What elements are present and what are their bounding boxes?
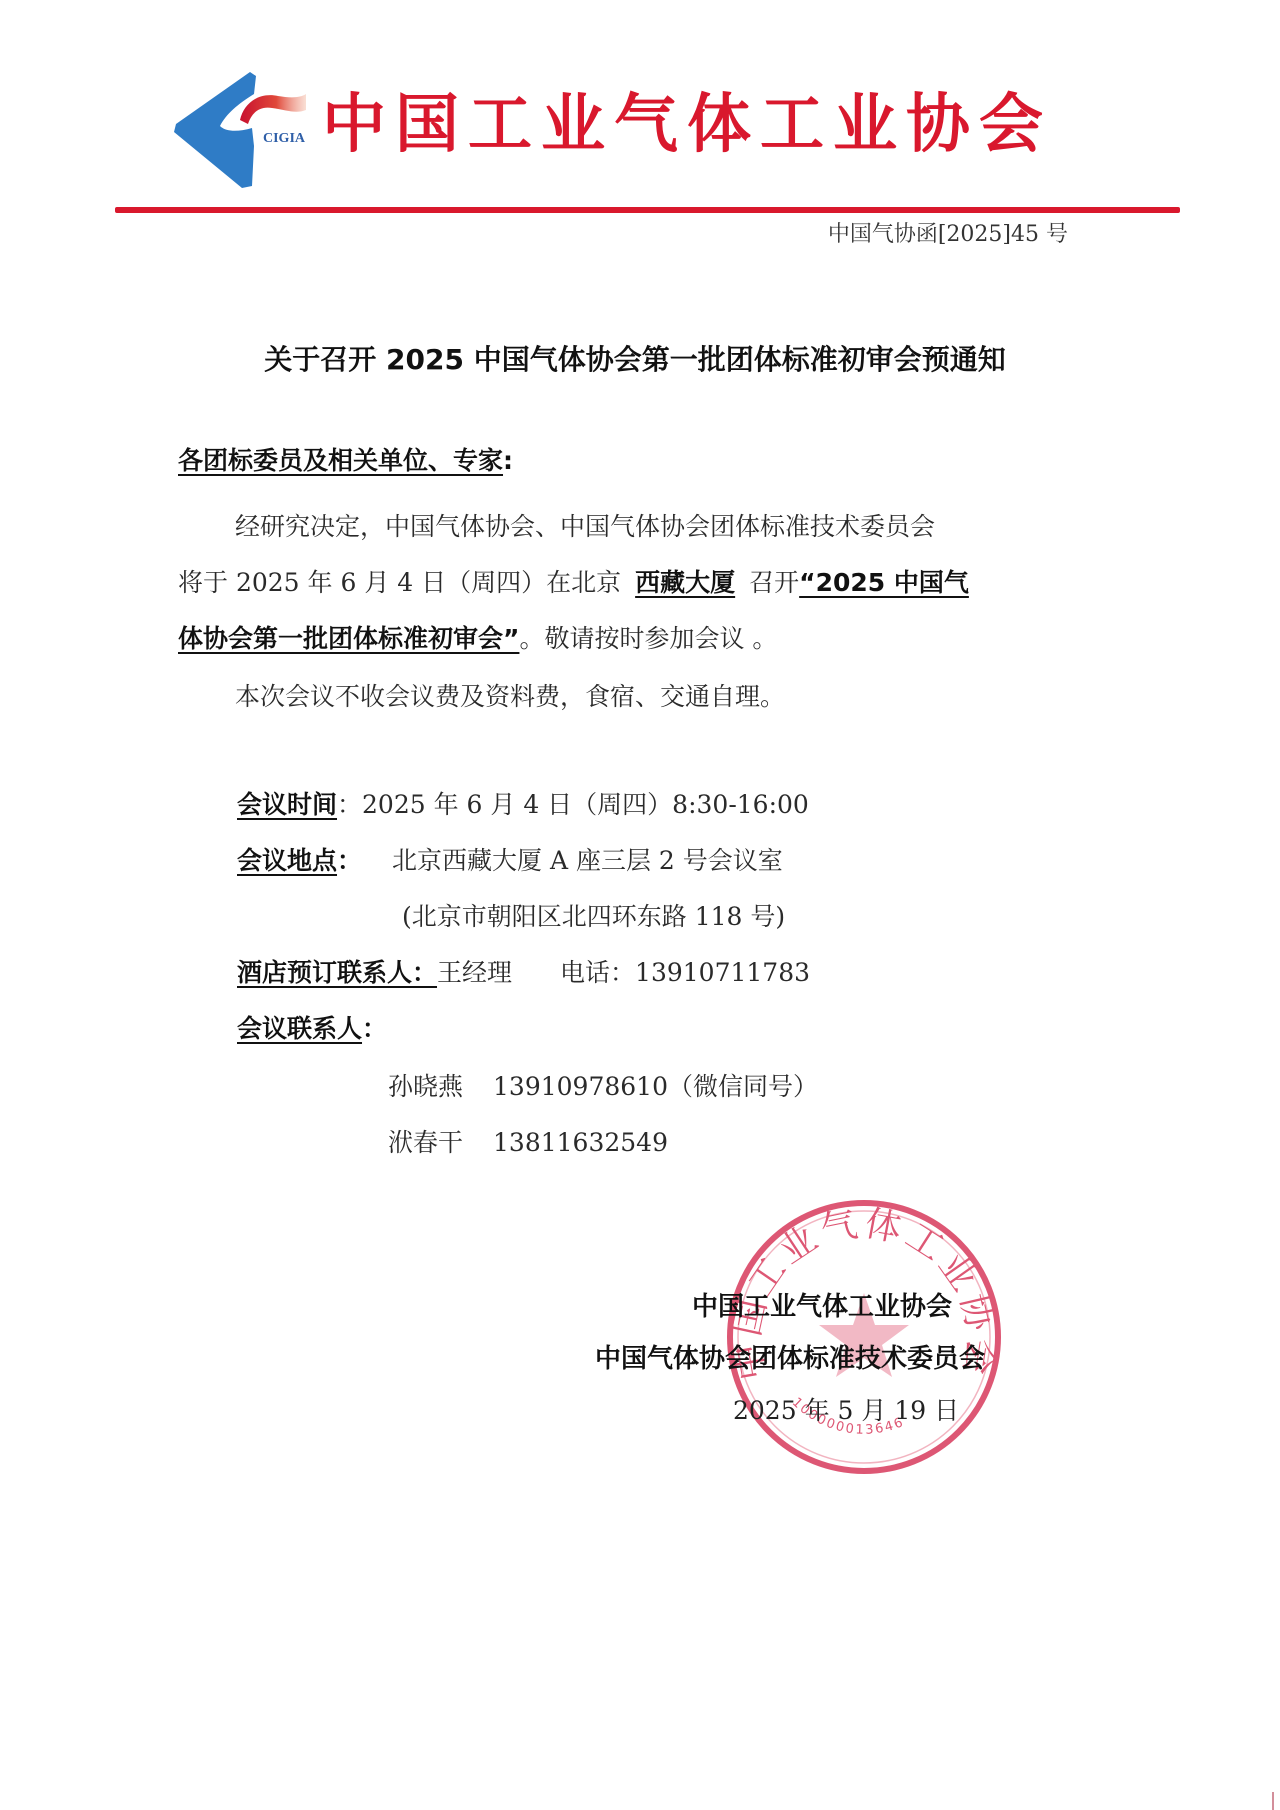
body-paragraph-1-line-2: 将于 2025 年 6 月 4 日（周四）在北京西藏大厦召开“2025 中国气	[178, 563, 969, 603]
org-name-header: 中国工业气体工业协会	[322, 80, 1052, 170]
meeting-place-label: 会议地点	[237, 846, 337, 875]
logo-text: CIGIA	[263, 131, 306, 146]
signature-org-1: 中国工业气体工业协会	[692, 1287, 952, 1327]
meeting-place: 会议地点：北京西藏大厦 A 座三层 2 号会议室	[237, 841, 783, 881]
hotel-phone-label: 电话：	[560, 958, 635, 987]
contact-phone: 13811632549	[493, 1128, 668, 1157]
page-title: 关于召开 2025 中国气体协会第一批团体标准初审会预通知	[0, 338, 1260, 382]
greeting: 各团标委员及相关单位、专家:	[178, 441, 513, 481]
meeting-address: (北京市朝阳区北四环东路 118 号)	[402, 897, 785, 937]
hotel-contact: 酒店预订联系人：王经理电话：13910711783	[237, 953, 810, 993]
body-paragraph-2: 本次会议不收会议费及资料费，食宿、交通自理。	[235, 677, 785, 717]
header-divider	[115, 207, 1180, 213]
contact-note: （微信同号）	[668, 1072, 818, 1101]
meeting-place-colon: ：	[337, 846, 362, 875]
contact-name: 孙晓燕	[388, 1072, 463, 1101]
greeting-text: 各团标委员及相关单位、专家	[178, 446, 503, 475]
meeting-place-value: 北京西藏大厦 A 座三层 2 号会议室	[392, 846, 783, 875]
signature-org-2: 中国气体协会团体标准技术委员会	[595, 1339, 985, 1379]
document-number: 中国气协函[2025]45 号	[828, 220, 1068, 250]
contact-name: 洑春干	[388, 1128, 463, 1157]
official-seal-icon: 中国工业气体工业协会 100000013646	[722, 1195, 1006, 1479]
signature-date: 2025 年 5 月 19 日	[733, 1391, 959, 1431]
attendance-request: 。敬请按时参加会议 。	[519, 624, 777, 653]
greeting-colon: :	[503, 446, 513, 475]
meeting-contacts-heading: 会议联系人：	[237, 1009, 387, 1049]
body-paragraph-1-line-1: 经研究决定，中国气体协会、中国气体协会团体标准技术委员会	[235, 507, 935, 547]
meeting-name-part-1: “2025 中国气	[799, 568, 969, 597]
meeting-time: 会议时间：2025 年 6 月 4 日（周四）8:30-16:00	[237, 785, 809, 825]
meeting-name-part-2: 体协会第一批团体标准初审会”	[178, 624, 519, 653]
meeting-contacts-colon: ：	[362, 1014, 387, 1043]
contact-phone: 13910978610	[493, 1072, 668, 1101]
hotel-phone: 13910711783	[635, 958, 810, 987]
convene-text: 召开	[749, 568, 799, 597]
document-page: CIGIA 中国工业气体工业协会 中国气协函[2025]45 号 关于召开 20…	[0, 0, 1280, 1810]
hotel-contact-name: 王经理	[437, 958, 512, 987]
contact-row: 洑春干13811632549	[388, 1123, 668, 1163]
cigia-logo-icon: CIGIA	[168, 68, 308, 190]
venue-name: 西藏大厦	[635, 568, 735, 597]
meeting-time-value: ：2025 年 6 月 4 日（周四）8:30-16:00	[337, 790, 809, 819]
scan-artifact	[1272, 1792, 1274, 1810]
contact-row: 孙晓燕13910978610（微信同号）	[388, 1067, 818, 1107]
body-paragraph-1-line-3: 体协会第一批团体标准初审会”。敬请按时参加会议 。	[178, 619, 777, 659]
hotel-contact-label: 酒店预订联系人：	[237, 958, 437, 987]
meeting-contacts-label: 会议联系人	[237, 1014, 362, 1043]
date-location-text: 将于 2025 年 6 月 4 日（周四）在北京	[178, 568, 621, 597]
meeting-time-label: 会议时间	[237, 790, 337, 819]
